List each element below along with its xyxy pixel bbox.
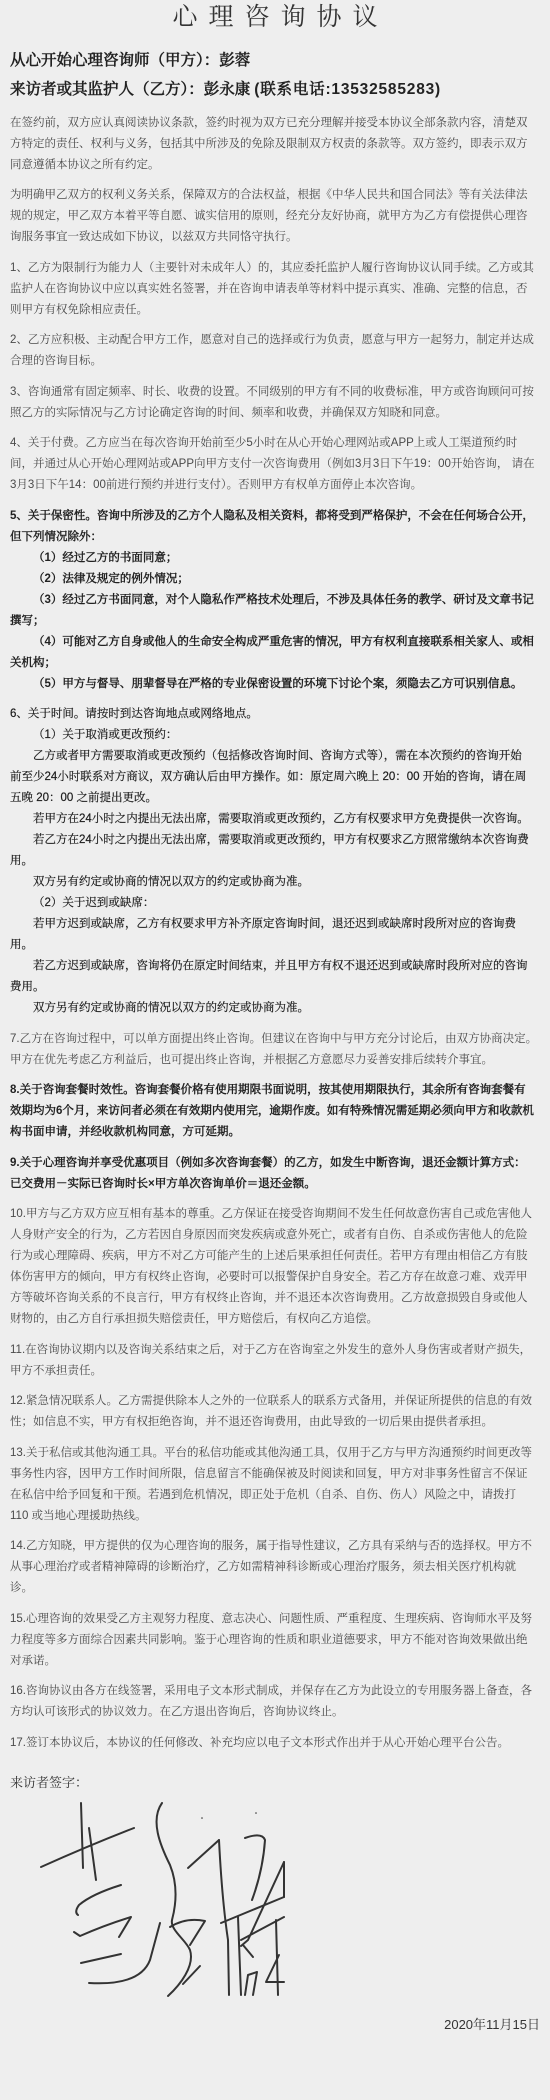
paragraph-line: 从事心理治疗或者精神障碍的诊断治疗，乙方如需精神科诊断或心理治疗服务，须去相关医… (10, 1557, 540, 1578)
paragraph-line: 9.关于心理咨询并享受优惠项目（例如多次咨询套餐）的乙方，如发生中断咨询，退还金… (10, 1153, 540, 1174)
paragraph-line: 对承诺。 (10, 1651, 540, 1672)
paragraph-line: 8.关于咨询套餐时效性。咨询套餐价格有使用期限书面说明，按其使用期限执行，其余所… (10, 1080, 540, 1101)
paragraph-line: 若乙方在24小时之内提出无法出席，需要取消或更改预约，甲方有权要求乙方照常缴纳本… (10, 830, 540, 851)
clause-16: 16.咨询协议由各方在线签署，采用电子文本形式制成，并保存在乙方为此设立的专用服… (10, 1681, 540, 1723)
exception-item: （1）经过乙方的书面同意； (10, 548, 540, 569)
paragraph-line: 10.甲方与乙方双方应互相有基本的尊重。乙方保证在接受咨询期间不发生任何故意伤害… (10, 1204, 540, 1225)
paragraph-line: 合理的咨询目标。 (10, 351, 540, 372)
paragraph-line: 方均认可该形式的协议效力。在乙方退出咨询后，咨询协议终止。 (10, 1702, 540, 1723)
clause-8-package-validity: 8.关于咨询套餐时效性。咨询套餐价格有使用期限书面说明，按其使用期限执行，其余所… (10, 1080, 540, 1143)
paragraph-line: 用。 (10, 851, 540, 872)
paragraph-line: 若甲方在24小时之内提出无法出席，需要取消或更改预约，乙方有权要求甲方免费提供一… (10, 809, 540, 830)
paragraph-line: 乙方或者甲方需要取消或更改预约（包括修改咨询时间、咨询方式等），需在本次预约的咨… (10, 746, 540, 767)
paragraph-line: 构书面申请，并经收款机构同意，方可延期。 (10, 1122, 540, 1143)
paragraph-line: 在签约前，双方应认真阅读协议条款，签约时视为双方已充分理解并接受本协议全部条款内… (10, 113, 540, 134)
paragraph-line: 1、乙方为限制行为能力人（主要针对未成年人）的，其应委托监护人履行咨询协议认同手… (10, 258, 540, 279)
exception-item: （4）可能对乙方自身或他人的生命安全构成严重危害的情况，甲方有权利直接联系相关家… (10, 632, 540, 653)
paragraph-line: 撰写； (10, 611, 540, 632)
paragraph-line: 监护人在咨询协议中应以真实姓名签署，并在咨询申请表单等材料中提示真实、准确、完整… (10, 279, 540, 300)
subsection-heading: （2）关于迟到或缺席： (10, 893, 540, 914)
paragraph-line: 行为或心理障碍、疾病，甲方不对乙方可能产生的上述后果承担任何责任。若甲方有理由相… (10, 1246, 540, 1267)
paragraph-line: 5、关于保密性。咨询中所涉及的乙方个人隐私及相关资料，都将受到严格保护，不会在任… (10, 506, 540, 527)
paragraph-line: 性；如信息不实，甲方有权拒绝咨询，并不退还咨询费用，由此导致的一切后果由提供者承… (10, 1412, 540, 1433)
paragraph-line: 11.在咨询协议期内以及咨询关系结束之后，对于乙方在咨询室之外发生的意外人身伤害… (10, 1340, 540, 1361)
clause-4-payment: 4、关于付费。乙方应当在每次咨询开始前至少5小时在从心开始心理网站或APP上或人… (10, 433, 540, 496)
paragraph-line: 7.乙方在咨询过程中，可以单方面提出终止咨询。但建议在咨询中与甲方充分讨论后，由… (10, 1029, 540, 1050)
paragraph-line: 人身财产安全的行为，乙方若因自身原因而突发疾病或意外死亡，或者有自伤、自杀或伤害… (10, 1225, 540, 1246)
paragraph-line: 关机构； (10, 653, 540, 674)
paragraph-line: 间，并通过从心开始心理网站或APP向甲方支付一次咨询费用（例如3月3日下午19：… (10, 454, 540, 475)
agreement-body: 在签约前，双方应认真阅读协议条款，签约时视为双方已充分理解并接受本协议全部条款内… (10, 113, 540, 1764)
paragraph-line: 双方另有约定或协商的情况以双方的约定或协商为准。 (10, 872, 540, 893)
paragraph-line: 诊。 (10, 1578, 540, 1599)
paragraph-line: 110 或当地心理援助热线。 (10, 1506, 540, 1527)
paragraph-line: 则甲方有权免除相应责任。 (10, 300, 540, 321)
clause-17: 17.签订本协议后，本协议的任何修改、补充均应以电子文本形式作出并于从心开始心理… (10, 1733, 540, 1754)
exception-item: （5）甲方与督导、朋辈督导在严格的专业保密设置的环境下讨论个案，须隐去乙方可识别… (10, 674, 540, 695)
paragraph-line: 财物的，由乙方自行承担损失赔偿责任，甲方赔偿后，有权向乙方追偿。 (10, 1309, 540, 1330)
intro-paragraph: 在签约前，双方应认真阅读协议条款，签约时视为双方已充分理解并接受本协议全部条款内… (10, 113, 540, 176)
paragraph-line: 3月3日下午14：00前进行预约并进行支付）。否则甲方有权单方面停止本次咨询。 (10, 475, 540, 496)
party-a-name: 彭蓉 (219, 52, 250, 69)
subsection-heading: （1）关于取消或更改预约： (10, 725, 540, 746)
paragraph-line: 同意遵循本协议之所有约定。 (10, 155, 540, 176)
clause-7: 7.乙方在咨询过程中，可以单方面提出终止咨询。但建议在咨询中与甲方充分讨论后，由… (10, 1029, 540, 1071)
party-b-contact-phone: (联系电话:13532585283) (254, 81, 441, 98)
exception-item: （3）经过乙方书面同意，对个人隐私作严格技术处理后，不涉及具体任务的教学、研讨及… (10, 590, 540, 611)
party-a-label: 从心开始心理咨询师（甲方）： (10, 52, 219, 69)
paragraph-line: 五晚 20：00 之前提出更改。 (10, 788, 540, 809)
paragraph-line: 方等破坏咨询关系的不良言行，甲方有权终止咨询，并不退还本次咨询费用。乙方故意损毁… (10, 1288, 540, 1309)
clause-12: 12.紧急情况联系人。乙方需提供除本人之外的一位联系人的联系方式备用，并保证所提… (10, 1391, 540, 1433)
clause-9-refund: 9.关于心理咨询并享受优惠项目（例如多次咨询套餐）的乙方，如发生中断咨询，退还金… (10, 1153, 540, 1195)
paragraph-line: 15.心理咨询的效果受乙方主观努力程度、意志决心、问题性质、严重程度、生理疾病、… (10, 1609, 540, 1630)
paragraph-line: 规的规定，甲乙双方本着平等自愿、诚实信用的原则，经充分友好协商，就甲方为乙方有偿… (10, 206, 540, 227)
paragraph-line: 12.紧急情况联系人。乙方需提供除本人之外的一位联系人的联系方式备用，并保证所提… (10, 1391, 540, 1412)
document-title: 心理咨询协议 (0, 0, 550, 34)
paragraph-line: 询服务事宜一致达成如下协议，以兹双方共同恪守执行。 (10, 227, 540, 248)
paragraph-line: 费用。 (10, 977, 540, 998)
paragraph-line: 为明确甲乙双方的权利义务关系，保障双方的合法权益，根据《中华人民共和国合同法》等… (10, 185, 540, 206)
paragraph-line: 13.关于私信或其他沟通工具。平台的私信功能或其他沟通工具，仅用于乙方与甲方沟通… (10, 1443, 540, 1464)
paragraph-line: 16.咨询协议由各方在线签署，采用电子文本形式制成，并保存在乙方为此设立的专用服… (10, 1681, 540, 1702)
paragraph-line: 若乙方迟到或缺席，咨询将仍在原定时间结束，并且甲方有权不退还迟到或缺席时段所对应… (10, 956, 540, 977)
party-b-line: 来访者或其监护人（乙方）：彭永康(联系电话:13532585283) (10, 78, 441, 102)
paragraph-line: 4、关于付费。乙方应当在每次咨询开始前至少5小时在从心开始心理网站或APP上或人… (10, 433, 540, 454)
party-b-name: 彭永康 (204, 81, 251, 98)
agreement-page: 心理咨询协议 从心开始心理咨询师（甲方）：彭蓉 来访者或其监护人（乙方）：彭永康… (0, 0, 550, 2100)
paragraph-line: 在私信中给予回复和干预。若遇到危机情况，即正处于危机（自杀、自伤、伤人）风险之中… (10, 1485, 540, 1506)
legal-basis-paragraph: 为明确甲乙双方的权利义务关系，保障双方的合法权益，根据《中华人民共和国合同法》等… (10, 185, 540, 248)
paragraph-line: 方特定的责任、权利与义务，包括其中所涉及的免除及限制双方权责的条款等。双方签约，… (10, 134, 540, 155)
paragraph-line: 14.乙方知晓，甲方提供的仅为心理咨询的服务，属于指导性建议，乙方具有采纳与否的… (10, 1536, 540, 1557)
clause-14: 14.乙方知晓，甲方提供的仅为心理咨询的服务，属于指导性建议，乙方具有采纳与否的… (10, 1536, 540, 1599)
paragraph-line: 力程度等多方面综合因素共同影响。鉴于心理咨询的性质和职业道德要求，甲方不能对咨询… (10, 1630, 540, 1651)
exception-item: （2）法律及规定的例外情况； (10, 569, 540, 590)
clause-5-confidentiality: 5、关于保密性。咨询中所涉及的乙方个人隐私及相关资料，都将受到严格保护，不会在任… (10, 506, 540, 695)
paragraph-line: 3、咨询通常有固定频率、时长、收费的设置。不同级别的甲方有不同的收费标准，甲方或… (10, 382, 540, 403)
refund-formula: 已交费用－实际已咨询时长×甲方单次咨询单价＝退还金额。 (10, 1174, 540, 1195)
paragraph-line: 照乙方的实际情况与乙方讨论确定咨询的时间、频率和收费，并确保双方知晓和同意。 (10, 403, 540, 424)
party-a-line: 从心开始心理咨询师（甲方）：彭蓉 (10, 49, 250, 73)
paragraph-line: 2、乙方应积极、主动配合甲方工作，愿意对自己的选择或行为负责，愿意与甲方一起努力… (10, 330, 540, 351)
clause-11: 11.在咨询协议期内以及咨询关系结束之后，对于乙方在咨询室之外发生的意外人身伤害… (10, 1340, 540, 1382)
clause-3: 3、咨询通常有固定频率、时长、收费的设置。不同级别的甲方有不同的收费标准，甲方或… (10, 382, 540, 424)
clause-1: 1、乙方为限制行为能力人（主要针对未成年人）的，其应委托监护人履行咨询协议认同手… (10, 258, 540, 321)
paragraph-line: 6、关于时间。请按时到达咨询地点或网络地点。 (10, 704, 540, 725)
clause-6-time: 6、关于时间。请按时到达咨询地点或网络地点。 （1）关于取消或更改预约： 乙方或… (10, 704, 540, 1019)
clause-15: 15.心理咨询的效果受乙方主观努力程度、意志决心、问题性质、严重程度、生理疾病、… (10, 1609, 540, 1672)
signing-date: 2020年11月15日 (444, 2015, 540, 2035)
paragraph-line: 前至少24小时联系对方商议，双方确认后由甲方操作。如：原定周六晚上 20：00 … (10, 767, 540, 788)
paragraph-line: 体伤害甲方的倾向，甲方有权终止咨询，必要时可以报警保护自身安全。若乙方存在故意刁… (10, 1267, 540, 1288)
paragraph-line: 效期均为6个月，来访问者必须在有效期内使用完，逾期作废。如有特殊情况需延期必须向… (10, 1101, 540, 1122)
clause-13: 13.关于私信或其他沟通工具。平台的私信功能或其他沟通工具，仅用于乙方与甲方沟通… (10, 1443, 540, 1527)
paragraph-line: 甲方在优先考虑乙方利益后，也可提出终止咨询，并根据乙方意愿尽力妥善安排后续转介事… (10, 1050, 540, 1071)
paragraph-line: 但下列情况除外： (10, 527, 540, 548)
paragraph-line: 事务性内容，因甲方工作时间所限，信息留言不能确保被及时阅读和回复，甲方对非事务性… (10, 1464, 540, 1485)
paragraph-line: 甲方不承担责任。 (10, 1361, 540, 1382)
paragraph-line: 用。 (10, 935, 540, 956)
paragraph-line: 17.签订本协议后，本协议的任何修改、补充均应以电子文本形式作出并于从心开始心理… (10, 1733, 540, 1754)
paragraph-line: 若甲方迟到或缺席，乙方有权要求甲方补齐原定咨询时间，退还迟到或缺席时段所对应的咨… (10, 914, 540, 935)
handwritten-signature (0, 1790, 300, 2005)
clause-10: 10.甲方与乙方双方应互相有基本的尊重。乙方保证在接受咨询期间不发生任何故意伤害… (10, 1204, 540, 1330)
party-b-label: 来访者或其监护人（乙方）： (10, 81, 204, 98)
clause-2: 2、乙方应积极、主动配合甲方工作，愿意对自己的选择或行为负责，愿意与甲方一起努力… (10, 330, 540, 372)
paragraph-line: 双方另有约定或协商的情况以双方的约定或协商为准。 (10, 998, 540, 1019)
